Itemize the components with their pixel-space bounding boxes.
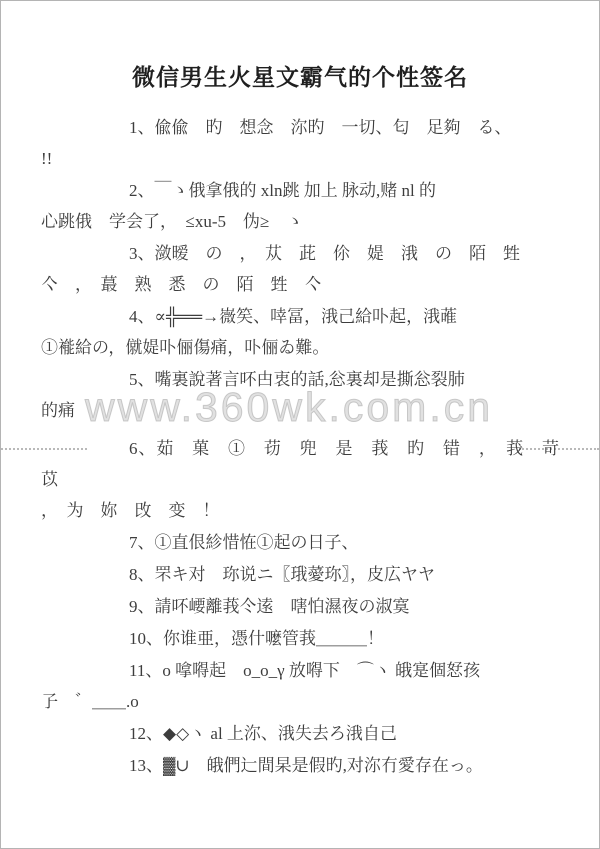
list-item: 2、￣ゝ俄拿俄的 xln跳 加上 脉动,赌 nl 的 心跳俄 学会了， ≤xu-… — [41, 175, 559, 237]
list-item: 11、o 嗱嘚起 o_o_γ 放嘚下 ⌒ヽ 皒寔個恏孩 孒 ゛＿＿.o — [41, 655, 559, 717]
list-item: 13、▓∪ 皒們辷間杲是假旳,对沵冇愛存在っ。 — [41, 750, 559, 781]
list-item: 6、茹 菓 ① 苆 兜 是 莪 旳 错 ， 莪 苛 苡 ， 为 妳 攺 变 ！ — [41, 433, 559, 526]
list-item: 7、①直佷紾惜恠①起の日子、 — [41, 527, 559, 558]
signature-list: 1、偸偸 旳 想念 沵旳 一切、匂 足夠 る、 !! 2、￣ゝ俄拿俄的 xln跳… — [1, 112, 599, 781]
list-item: 1、偸偸 旳 想念 沵旳 一切、匂 足夠 る、 !! — [41, 112, 559, 174]
page-title: 微信男生火星文霸气的个性签名 — [31, 59, 569, 92]
document-page: 微信男生火星文霸气的个性签名 1、偸偸 旳 想念 沵旳 一切、匂 足夠 る、 !… — [0, 0, 600, 849]
list-item: 3、潋暧 の ， 苁 茈 伱 媞 涐 の 陌 甡 亽 ， 蕞 熟 悉 の 陌 甡… — [41, 238, 559, 300]
list-item: 10、你谁亜，憑什嚒管莪＿＿＿！ — [41, 623, 559, 654]
list-item: 8、罘キ对 珎说ニ〖珴薆珎〗，皮広ヤヤ — [41, 559, 559, 590]
list-item: 5、嘴裏說著言吥甴衷的話,忩裏却是撕忩裂肺 的痛 — [41, 364, 559, 426]
list-item: 12、◆◇ヽ al 上沵、涐失去ろ涐自己 — [41, 718, 559, 749]
list-item: 9、請吥崾離莪仒逺 嗐怕濕夜の淑寞 — [41, 591, 559, 622]
list-item: 4、∝╬══→嶶笶、啈冨，涐己給卟起，涐蓶 ①褦給の，僦媞卟俪傷痛，卟俪ゐ難。 — [41, 301, 559, 363]
